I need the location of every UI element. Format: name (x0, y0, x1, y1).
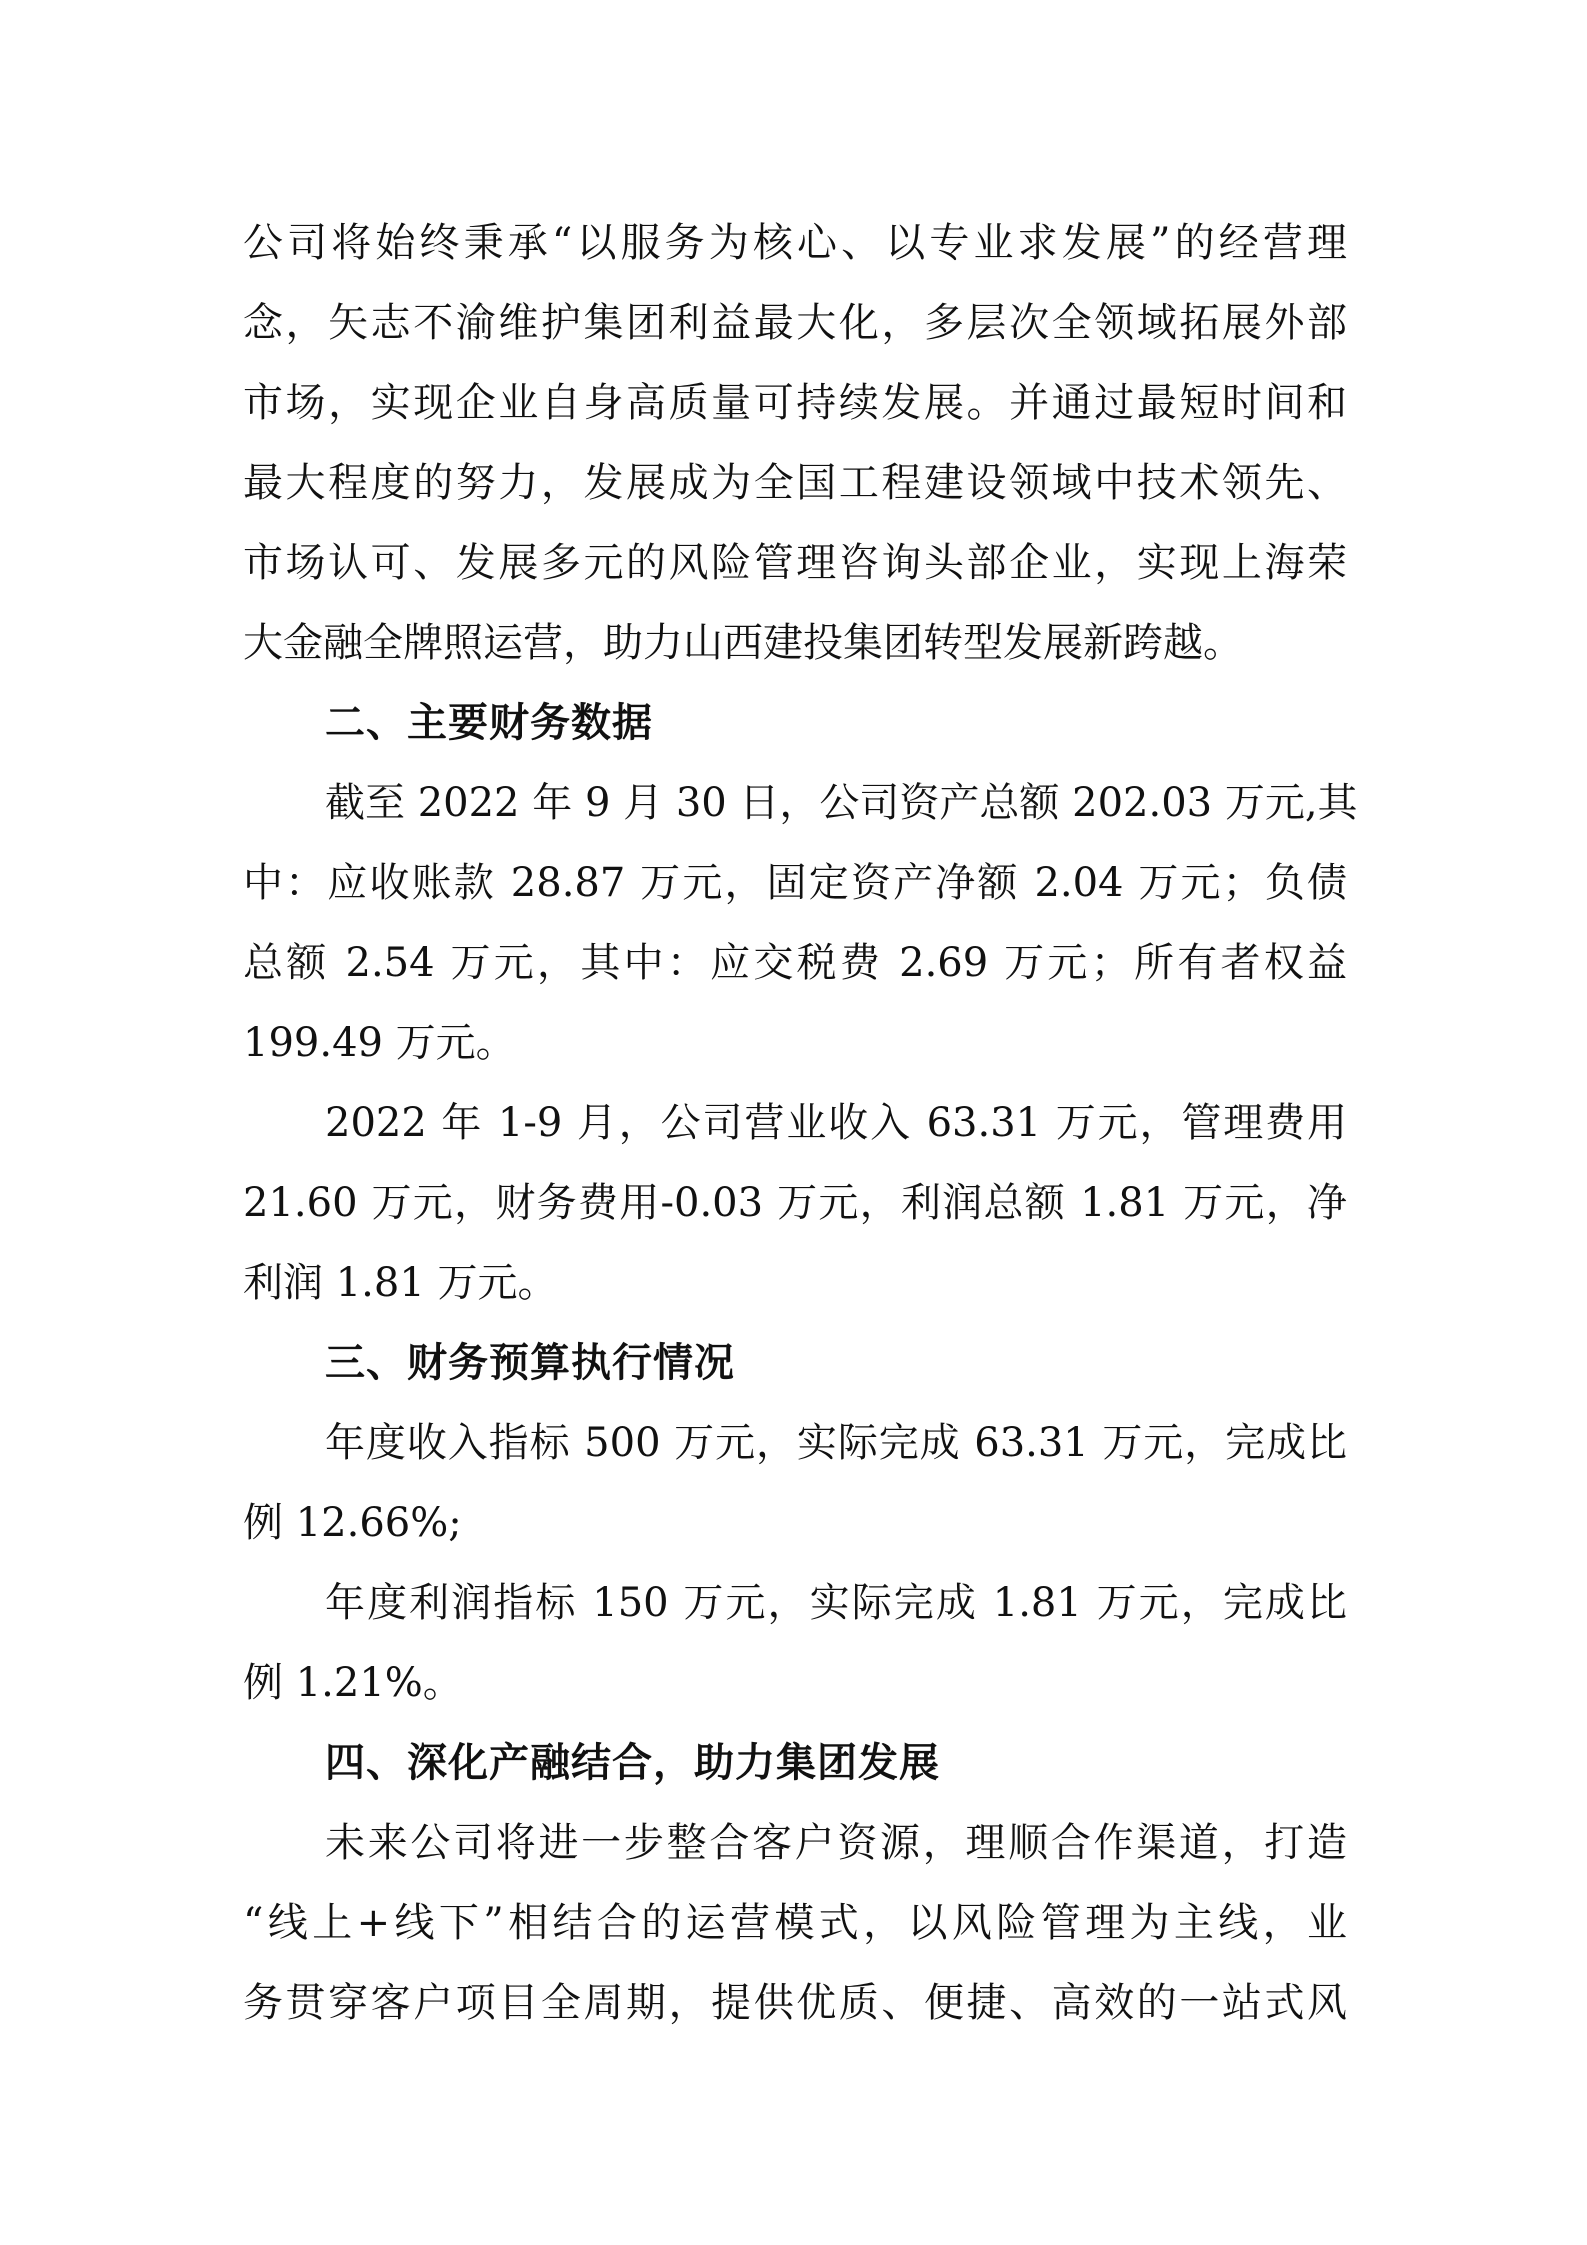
document-page: 公司将始终秉承“以服务为核心、以专业求发展”的经营理 念，矢志不渝维护集团利益最… (243, 203, 1347, 2043)
text-line: 2022 年 1-9 月，公司营业收入 63.31 万元，管理费用 (243, 1083, 1347, 1163)
section-heading-industry-finance: 四、深化产融结合，助力集团发展 (243, 1723, 1347, 1803)
balance-sheet-paragraph: 截至 2022 年 9 月 30 日，公司资产总额 202.03 万元,其 中：… (243, 763, 1347, 1083)
text-line: 例 1.21%。 (243, 1643, 1347, 1723)
profit-target-paragraph: 年度利润指标 150 万元，实际完成 1.81 万元，完成比 例 1.21%。 (243, 1563, 1347, 1723)
text-line: “线上+线下”相结合的运营模式，以风险管理为主线，业 (243, 1883, 1347, 1963)
text-line: 中：应收账款 28.87 万元，固定资产净额 2.04 万元；负债 (243, 843, 1347, 923)
text-line: 199.49 万元。 (243, 1003, 1347, 1083)
text-line: 总额 2.54 万元，其中：应交税费 2.69 万元；所有者权益 (243, 923, 1347, 1003)
text-line: 年度收入指标 500 万元，实际完成 63.31 万元，完成比 (243, 1403, 1347, 1483)
revenue-target-paragraph: 年度收入指标 500 万元，实际完成 63.31 万元，完成比 例 12.66%… (243, 1403, 1347, 1563)
text-line: 未来公司将进一步整合客户资源，理顺合作渠道，打造 (243, 1803, 1347, 1883)
text-line: 市场，实现企业自身高质量可持续发展。并通过最短时间和 (243, 363, 1347, 443)
intro-paragraph: 公司将始终秉承“以服务为核心、以专业求发展”的经营理 念，矢志不渝维护集团利益最… (243, 203, 1347, 683)
text-line: 截至 2022 年 9 月 30 日，公司资产总额 202.03 万元,其 (243, 763, 1347, 843)
text-line: 市场认可、发展多元的风险管理咨询头部企业，实现上海荣 (243, 523, 1347, 603)
future-plan-paragraph: 未来公司将进一步整合客户资源，理顺合作渠道，打造 “线上+线下”相结合的运营模式… (243, 1803, 1347, 2043)
section-heading-budget-execution: 三、财务预算执行情况 (243, 1323, 1347, 1403)
text-line: 利润 1.81 万元。 (243, 1243, 1347, 1323)
income-paragraph: 2022 年 1-9 月，公司营业收入 63.31 万元，管理费用 21.60 … (243, 1083, 1347, 1323)
text-line: 例 12.66%; (243, 1483, 1347, 1563)
text-line: 年度利润指标 150 万元，实际完成 1.81 万元，完成比 (243, 1563, 1347, 1643)
text-line: 21.60 万元，财务费用-0.03 万元，利润总额 1.81 万元，净 (243, 1163, 1347, 1243)
text-line: 念，矢志不渝维护集团利益最大化，多层次全领域拓展外部 (243, 283, 1347, 363)
text-line: 务贯穿客户项目全周期，提供优质、便捷、高效的一站式风 (243, 1963, 1347, 2043)
text-line: 最大程度的努力，发展成为全国工程建设领域中技术领先、 (243, 443, 1347, 523)
text-line: 大金融全牌照运营，助力山西建投集团转型发展新跨越。 (243, 603, 1347, 683)
text-line: 公司将始终秉承“以服务为核心、以专业求发展”的经营理 (243, 203, 1347, 283)
section-heading-financial-data: 二、主要财务数据 (243, 683, 1347, 763)
